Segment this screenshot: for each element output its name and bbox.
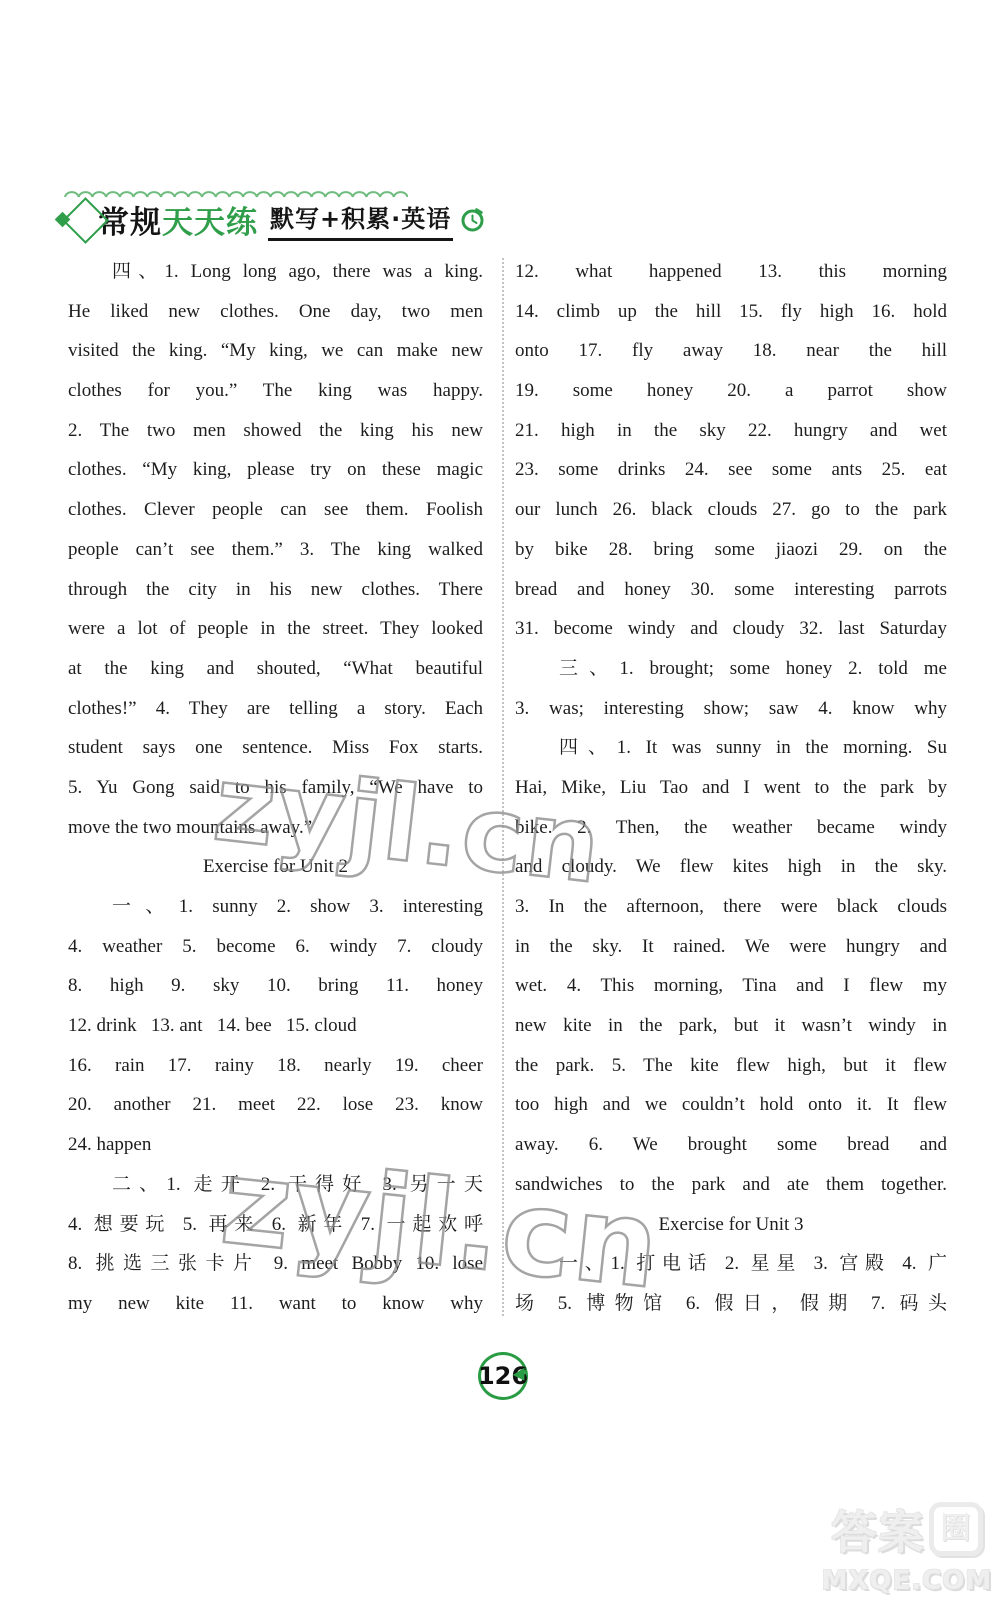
- text-line: 23. some drinks 24. see some ants 25. ea…: [515, 450, 947, 490]
- text-line: sandwiches to the park and ate them toge…: [515, 1165, 947, 1205]
- text-line: 4. 想要玩 5. 再来 6. 新年 7. 一起欢呼: [68, 1205, 483, 1245]
- text-line: Exercise for Unit 2: [68, 847, 483, 887]
- text-line: through the city in his new clothes. The…: [68, 570, 483, 610]
- clock-icon: [459, 206, 486, 233]
- text-line: 3. In the afternoon, there were black cl…: [515, 887, 947, 927]
- text-line: people can’t see them.” 3. The king walk…: [68, 530, 483, 570]
- text-line: in the sky. It rained. We were hungry an…: [515, 927, 947, 967]
- text-line: 四、1. Long long ago, there was a king.: [68, 252, 483, 292]
- diamond-logo-icon: [56, 198, 106, 242]
- text-line: away. 6. We brought some bread and: [515, 1125, 947, 1165]
- text-line: 20. another 21. meet 22. lose 23. know: [68, 1085, 483, 1125]
- text-line: 31. become windy and cloudy 32. last Sat…: [515, 609, 947, 649]
- text-line: 3. was; interesting show; saw 4. know wh…: [515, 689, 947, 729]
- text-line: clothes!” 4. They are telling a story. E…: [68, 689, 483, 729]
- text-line: 14. climb up the hill 15. fly high 16. h…: [515, 292, 947, 332]
- text-line: were a lot of people in the street. They…: [68, 609, 483, 649]
- text-line: He liked new clothes. One day, two men: [68, 292, 483, 332]
- text-line: and cloudy. We flew kites high in the sk…: [515, 847, 947, 887]
- text-line: 8. 挑选三张卡片 9. meet Bobby 10. lose: [68, 1244, 483, 1284]
- text-line: student says one sentence. Miss Fox star…: [68, 728, 483, 768]
- text-line: bread and honey 30. some interesting par…: [515, 570, 947, 610]
- text-line: onto 17. fly away 18. near the hill: [515, 331, 947, 371]
- text-line: 19. some honey 20. a parrot show: [515, 371, 947, 411]
- page-number-badge: 126: [478, 1352, 528, 1400]
- text-line: our lunch 26. black clouds 27. go to the…: [515, 490, 947, 530]
- text-line: move the two mountains away.”: [68, 808, 483, 848]
- text-line: 二、1. 走开 2. 干得好 3. 另一天: [68, 1165, 483, 1205]
- text-line: 12. what happened 13. this morning: [515, 252, 947, 292]
- text-line: at the king and shouted, “What beautiful: [68, 649, 483, 689]
- text-line: bike. 2. Then, the weather became windy: [515, 808, 947, 848]
- text-line: 12. drink 13. ant 14. bee 15. cloud: [68, 1006, 483, 1046]
- text-line: 三、1. brought; some honey 2. told me: [515, 649, 947, 689]
- text-line: 一、1. 打电话 2. 星星 3. 宫殿 4. 广: [515, 1244, 947, 1284]
- brand-title-green: 天天练: [162, 197, 258, 242]
- stamp-circle-glyph: 圈: [929, 1502, 983, 1556]
- stamp-site-text: MXQE.COM: [812, 1566, 1000, 1596]
- text-line: 16. rain 17. rainy 18. nearly 19. cheer: [68, 1046, 483, 1086]
- stamp-watermark: 答案 圈 MXQE.COM: [812, 1496, 1000, 1596]
- text-line: 一、1. sunny 2. show 3. interesting: [68, 887, 483, 927]
- text-line: too high and we couldn’t hold onto it. I…: [515, 1085, 947, 1125]
- text-line: wet. 4. This morning, Tina and I flew my: [515, 966, 947, 1006]
- text-line: clothes. “My king, please try on these m…: [68, 450, 483, 490]
- text-line: the park. 5. The kite flew high, but it …: [515, 1046, 947, 1086]
- text-line: 8. high 9. sky 10. bring 11. honey: [68, 966, 483, 1006]
- text-line: Exercise for Unit 3: [515, 1205, 947, 1245]
- text-line: visited the king. “My king, we can make …: [68, 331, 483, 371]
- column-divider: [502, 258, 504, 1316]
- text-line: Hai, Mike, Liu Tao and I went to the par…: [515, 768, 947, 808]
- text-line: clothes. Clever people can see them. Foo…: [68, 490, 483, 530]
- text-line: my new kite 11. want to know why: [68, 1284, 483, 1324]
- text-line: clothes for you.” The king was happy.: [68, 371, 483, 411]
- text-line: 2. The two men showed the king his new: [68, 411, 483, 451]
- text-line: 场 5. 博物馆 6. 假日，假期 7. 码头: [515, 1284, 947, 1324]
- text-line: by bike 28. bring some jiaozi 29. on the: [515, 530, 947, 570]
- text-line: 24. happen: [68, 1125, 483, 1165]
- text-line: 5. Yu Gong said to his family, “We have …: [68, 768, 483, 808]
- right-column: 12. what happened 13. this morning14. cl…: [515, 252, 947, 1324]
- stamp-brand-text: 答案: [831, 1496, 925, 1561]
- text-line: 四、1. It was sunny in the morning. Su: [515, 728, 947, 768]
- brand-header: 常规 天天练 默写+积累·英语: [56, 188, 416, 242]
- brand-subtitle: 默写+积累·英语: [268, 199, 453, 241]
- text-line: new kite in the park, but it wasn’t wind…: [515, 1006, 947, 1046]
- text-line: 21. high in the sky 22. hungry and wet: [515, 411, 947, 451]
- scanned-answer-page: 常规 天天练 默写+积累·英语 四、1. Long long ago, ther…: [0, 0, 1000, 1600]
- left-column: 四、1. Long long ago, there was a king.He …: [68, 252, 483, 1324]
- text-line: 4. weather 5. become 6. windy 7. cloudy: [68, 927, 483, 967]
